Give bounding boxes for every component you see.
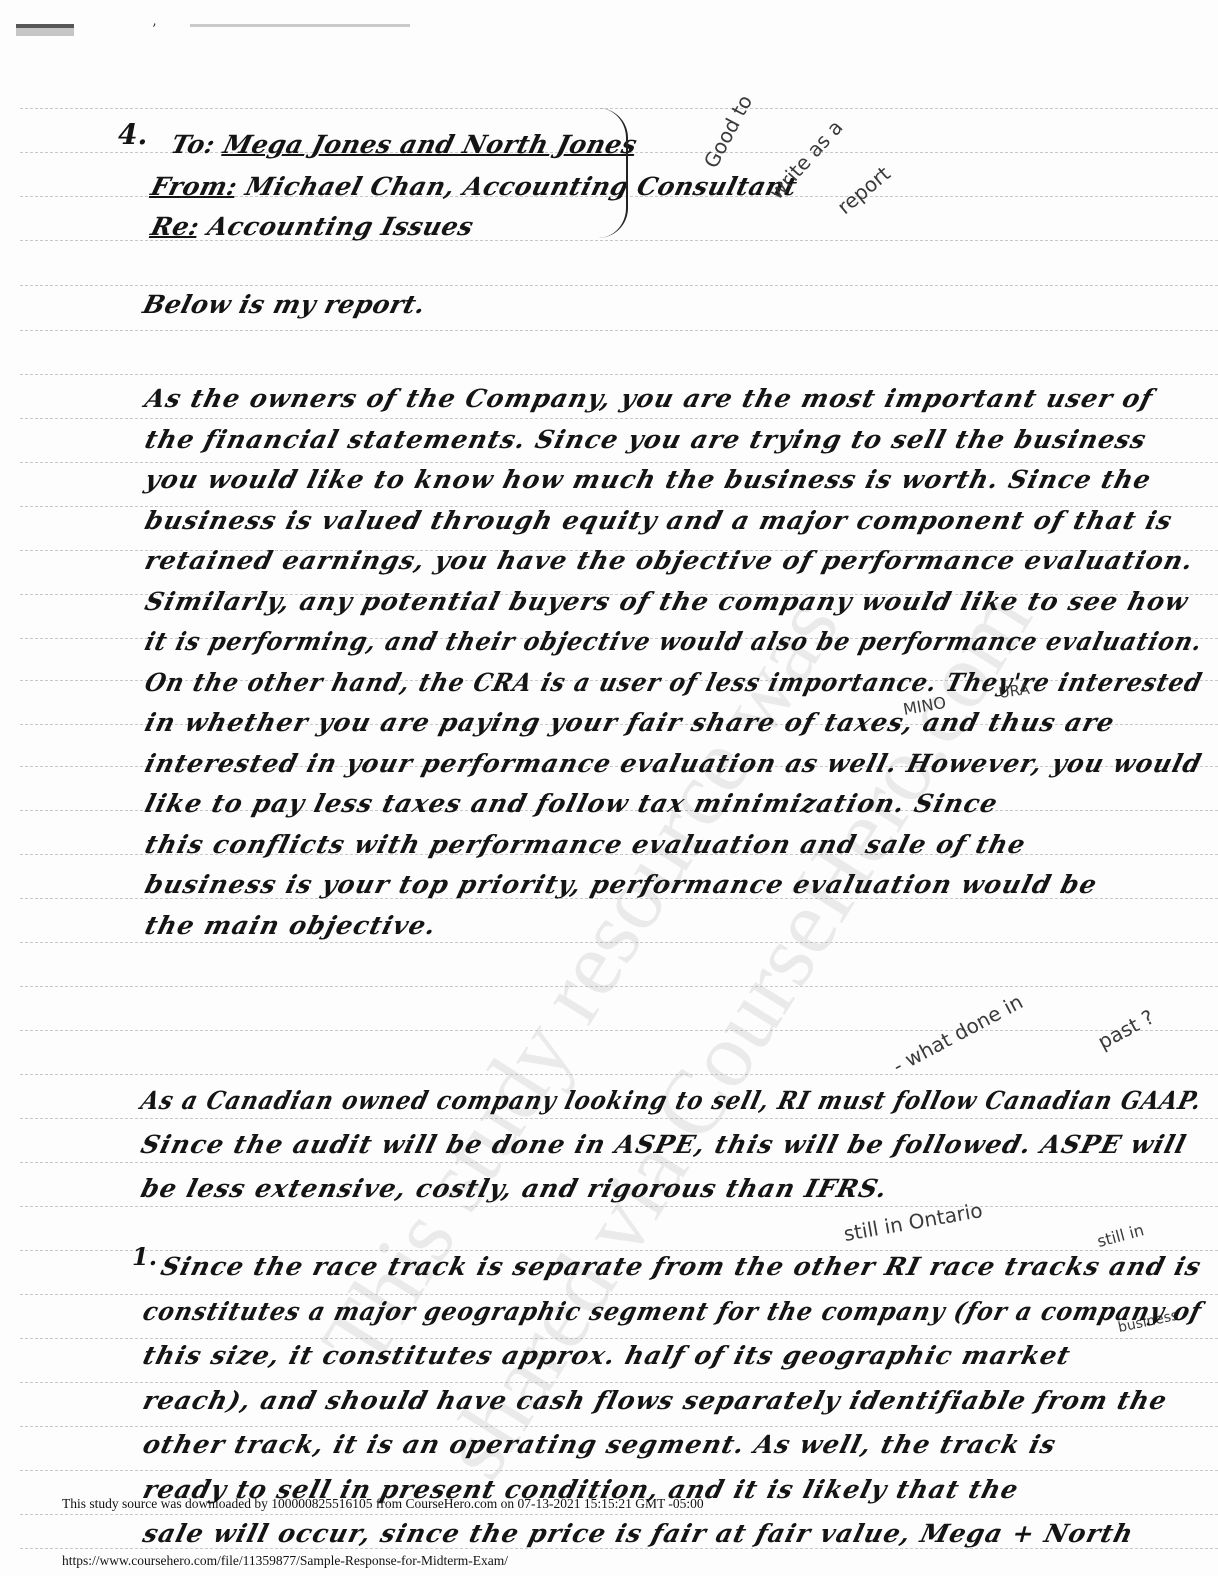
- scan-artifact-tick: ’: [152, 22, 156, 38]
- handwritten-line: As the owners of the Company, you are th…: [142, 384, 1156, 413]
- memo-re-value: Accounting Issues: [205, 212, 477, 241]
- ruled-line: [20, 1514, 1218, 1515]
- handwritten-line: business is your top priority, performan…: [142, 870, 1101, 899]
- ruled-line: [20, 330, 1218, 331]
- ruled-line: [20, 1030, 1218, 1031]
- handwritten-line: like to pay less taxes and follow tax mi…: [142, 789, 1001, 818]
- ruled-line: [20, 1250, 1218, 1251]
- handwritten-line: constitutes a major geographic segment f…: [140, 1297, 1205, 1326]
- handwritten-line: Since the audit will be done in ASPE, th…: [138, 1130, 1190, 1159]
- handwritten-line: in whether you are paying your fair shar…: [142, 708, 1118, 737]
- memo-to-value: Mega Jones and North Jones: [220, 130, 640, 159]
- handwritten-line: be less extensive, costly, and rigorous …: [138, 1174, 891, 1203]
- handwritten-line: business is valued through equity and a …: [142, 506, 1176, 535]
- memo-bracket: [598, 108, 628, 238]
- memo-re-label: Re:: [148, 212, 203, 241]
- memo-to-label: To:: [168, 130, 218, 159]
- handwritten-line: this conflicts with performance evaluati…: [142, 830, 1029, 859]
- margin-note-good-to: Good to: [699, 91, 757, 172]
- ruled-line: [20, 1162, 1218, 1163]
- ruled-line: [20, 1426, 1218, 1427]
- handwritten-line: As a Canadian owned company looking to s…: [138, 1086, 1205, 1115]
- ruled-line: [20, 1294, 1218, 1295]
- margin-note-still-in: still in: [1095, 1220, 1146, 1251]
- handwritten-line: Similarly, any potential buyers of the c…: [142, 587, 1192, 616]
- ruled-line: [20, 285, 1218, 286]
- download-notice: This study source was downloaded by 1000…: [62, 1496, 704, 1512]
- intro-line: Below is my report.: [140, 290, 429, 319]
- question-number: 4.: [118, 118, 147, 151]
- ruled-line: [20, 418, 1218, 419]
- ruled-line: [20, 1074, 1218, 1075]
- handwritten-line: retained earnings, you have the objectiv…: [142, 546, 1197, 575]
- memo-re: Re: Accounting Issues: [148, 212, 477, 241]
- handwritten-line: sale will occur, since the price is fair…: [140, 1519, 1137, 1548]
- handwritten-line: reach), and should have cash flows separ…: [140, 1386, 1171, 1415]
- handwritten-line: the main objective.: [142, 911, 440, 940]
- ruled-line: [20, 1206, 1218, 1207]
- ruled-line: [20, 462, 1218, 463]
- handwritten-line: you would like to know how much the busi…: [142, 465, 1155, 494]
- scan-artifact-smudge: [190, 24, 410, 27]
- ruled-line: [20, 986, 1218, 987]
- handwritten-line: Since the race track is separate from th…: [158, 1252, 1205, 1281]
- ruled-line: [20, 108, 1218, 109]
- memo-from-label: From:: [148, 172, 241, 201]
- margin-note-write-as-a: write as a: [764, 115, 847, 204]
- ruled-line: [20, 1470, 1218, 1471]
- handwritten-line: this size, it constitutes approx. half o…: [140, 1341, 1074, 1370]
- ruled-line: [20, 1338, 1218, 1339]
- ruled-line: [20, 374, 1218, 375]
- handwritten-line: it is performing, and their objective wo…: [142, 627, 1206, 656]
- ruled-line: [20, 1548, 1218, 1549]
- margin-note-past: past ?: [1094, 1005, 1158, 1054]
- memo-to: To: Mega Jones and North Jones: [168, 130, 640, 159]
- scanned-page: ’ This study resource was shared via Cou…: [0, 0, 1218, 1576]
- source-url[interactable]: https://www.coursehero.com/file/11359877…: [62, 1553, 508, 1569]
- ruled-line: [20, 1382, 1218, 1383]
- handwritten-line: the financial statements. Since you are …: [142, 425, 1150, 454]
- memo-from-value: Michael Chan, Accounting Consultant: [243, 172, 801, 201]
- memo-from: From: Michael Chan, Accounting Consultan…: [148, 172, 800, 201]
- ruled-line: [20, 1118, 1218, 1119]
- ruled-line: [20, 942, 1218, 943]
- item-number: 1.: [132, 1242, 157, 1271]
- margin-note-report: report: [833, 161, 895, 219]
- handwritten-line: On the other hand, the CRA is a user of …: [142, 668, 1206, 697]
- handwritten-line: interested in your performance evaluatio…: [142, 749, 1205, 778]
- margin-note-ura: URA: [997, 680, 1030, 702]
- scan-artifact: [16, 24, 74, 36]
- margin-note-what-done-in: - what done in: [889, 989, 1027, 1078]
- handwritten-line: other track, it is an operating segment.…: [140, 1430, 1060, 1459]
